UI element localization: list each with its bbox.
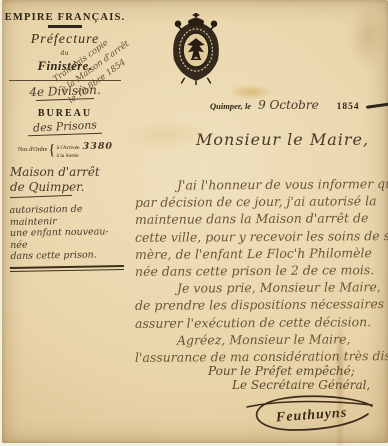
letter-body: J'ai l'honneur de vous informer que par … xyxy=(135,176,383,365)
body-line: de prendre les dispositions nécessaires … xyxy=(135,296,383,315)
dateline: Quimper, le 9 Octobre 1854 xyxy=(210,96,388,114)
body-line: mère, de l'enfant Le Floc'h Philomèle xyxy=(135,244,383,263)
body-line: assurer l'exécution de cette décision. xyxy=(135,313,383,332)
letterhead-ornament-rule xyxy=(48,25,82,28)
subject-double-rule xyxy=(10,265,124,272)
subject-note: autorisation de maintenir une enfant nou… xyxy=(10,203,127,263)
signature-block: Feuthuyns xyxy=(246,392,382,440)
order-label: Nos d'Ordre xyxy=(18,147,47,153)
body-line: née dans cette prison le 2 de ce mois. xyxy=(135,261,383,280)
dateline-year: 1854 xyxy=(337,102,360,112)
order-numbers-block: Nos d'Ordre { à l'Arrivée 3380 à la Sort… xyxy=(18,141,126,159)
subject-underline xyxy=(10,195,72,198)
closing-pour-le-prefet: Pour le Préfet empêché; xyxy=(208,364,355,378)
salutation: Monsieur le Maire, xyxy=(196,130,369,149)
arrivee-label: à l'Arrivée xyxy=(56,145,79,151)
note-line-2: une enfant nouveau-née xyxy=(10,226,126,251)
note-line-1: autorisation de maintenir xyxy=(10,203,126,228)
dateline-date-handwritten: 9 Octobre xyxy=(258,98,319,112)
letterhead-empire-title: EMPIRE FRANÇAIS. xyxy=(4,12,126,23)
body-line: maintenue dans la Maison d'arrêt de xyxy=(135,210,383,229)
dateline-place-label: Quimper, le xyxy=(210,101,251,111)
subject-line-1: Maison d'arrêt xyxy=(10,165,126,179)
body-line: J'ai l'honneur de vous informer que xyxy=(135,175,383,194)
dateline-dash-stroke xyxy=(366,102,388,109)
note-line-3: dans cette prison. xyxy=(10,249,126,263)
body-line: cette ville, pour y recevoir les soins d… xyxy=(135,227,383,246)
sortie-label: à la Sortie xyxy=(56,153,78,159)
order-brace: { xyxy=(48,142,55,159)
arrivee-number-handwritten: 3380 xyxy=(83,141,113,152)
subject-block: Maison d'arrêt de Quimper. autorisation … xyxy=(4,165,126,271)
closing-secretaire-general: Le Secrétaire Général, xyxy=(232,378,370,392)
body-line: Agréez, Monsieur le Maire, xyxy=(135,330,383,349)
subject-line-2: de Quimper. xyxy=(10,180,126,194)
